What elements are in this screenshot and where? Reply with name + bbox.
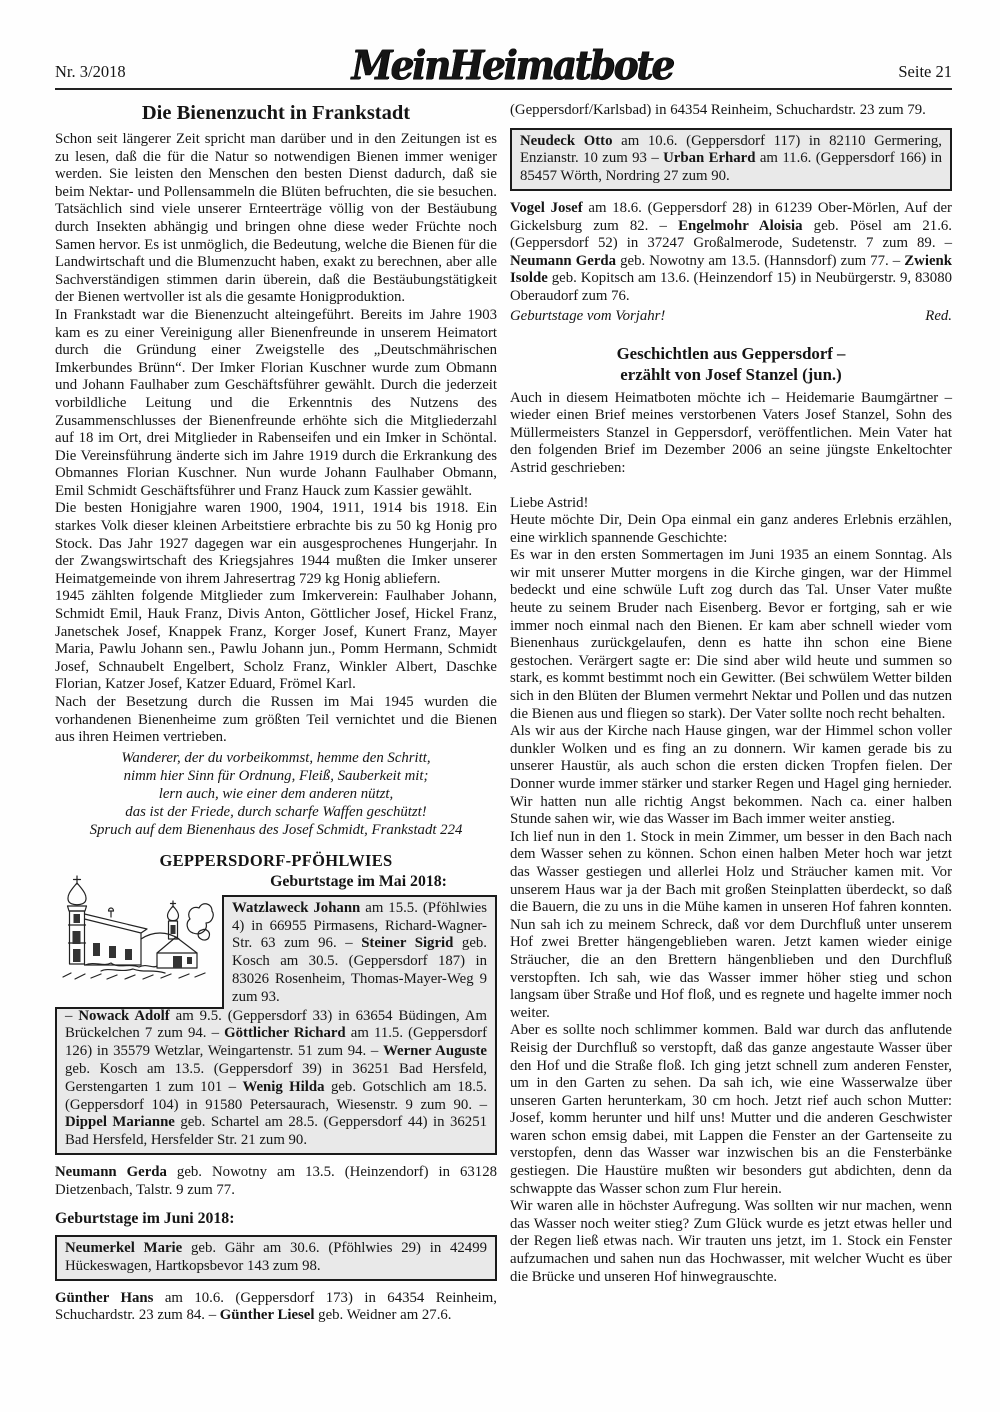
article-paragraph: In Frankstadt war die Bienenzucht altein… (55, 307, 497, 501)
june-birthdays-box-1: Neumerkel Marie geb. Gähr am 30.6. (Pföh… (55, 1235, 497, 1281)
page-number: Seite 21 (898, 62, 952, 84)
letter-salutation: Liebe Astrid! (510, 495, 952, 513)
right-column: (Geppersdorf/Karlsbad) in 64354 Reinheim… (510, 102, 952, 1325)
story-paragraph: Es war in den ersten Sommertagen im Juni… (510, 547, 952, 723)
page-header: Nr. 3/2018 MeinHeimatbote Seite 21 (55, 34, 952, 84)
poem-line: nimm hier Sinn für Ordnung, Fleiß, Saube… (55, 767, 497, 785)
story-title-line1: Geschichtlen aus Geppersdorf – (617, 344, 846, 363)
village-church-illustration (55, 873, 215, 985)
poem-line: das ist der Friede, durch scharfe Waffen… (55, 803, 497, 821)
article-paragraph: 1945 zählten folgende Mitglieder zum Imk… (55, 588, 497, 694)
article-title: Die Bienenzucht in Frankstadt (55, 102, 497, 125)
june-birthdays-box-2: Neudeck Otto am 10.6. (Geppersdorf 117) … (510, 128, 952, 191)
content-columns: Die Bienenzucht in Frankstadt Schon seit… (55, 102, 952, 1325)
bee-house-poem: Wanderer, der du vorbeikommst, hemme den… (55, 749, 497, 839)
june-birthdays-heading: Geburtstage im Juni 2018: (55, 1210, 497, 1228)
may-birthdays-block: Geburtstage im Mai 2018: Watzlaweck Joha… (55, 873, 497, 1155)
article-paragraph: Nach der Besetzung durch die Russen im M… (55, 694, 497, 747)
poem-line: Wanderer, der du vorbeikommst, hemme den… (55, 749, 497, 767)
june-birthdays-continued: (Geppersdorf/Karlsbad) in 64354 Reinheim… (510, 102, 952, 120)
story-paragraph: Wir waren alle in höchster Aufregung. Wa… (510, 1198, 952, 1286)
issue-number: Nr. 3/2018 (55, 62, 126, 84)
story-title-line2: erzählt von Josef Stanzel (jun.) (620, 365, 841, 384)
may-birthdays-box-top: Watzlaweck Johann am 15.5. (Pföhlwies 4)… (222, 895, 497, 1007)
masthead-logo: MeinHeimatbote (351, 46, 672, 86)
red-signature: Red. (925, 307, 952, 325)
story-paragraph: Heute möchte Dir, Dein Opa einmal ein ga… (510, 512, 952, 547)
newspaper-page: Nr. 3/2018 MeinHeimatbote Seite 21 Die B… (0, 0, 1000, 1412)
story-paragraph: Aber es sollte noch schlimmer kommen. Ba… (510, 1022, 952, 1198)
vorjahr-note: Geburtstage vom Vorjahr! (510, 307, 665, 325)
article-paragraph: Schon seit längerer Zeit spricht man dar… (55, 131, 497, 307)
story-title: Geschichtlen aus Geppersdorf – erzählt v… (510, 343, 952, 385)
story-intro: Auch in diesem Heimatboten möchte ich – … (510, 390, 952, 478)
poem-attribution: Spruch auf dem Bienenhaus des Josef Schm… (55, 821, 497, 839)
section-title-geppersdorf: GEPPERSDORF-PFÖHLWIES (55, 851, 497, 871)
story-paragraph: Als wir aus der Kirche nach Hause gingen… (510, 723, 952, 829)
editor-note-row: Geburtstage vom Vorjahr! Red. (510, 307, 952, 325)
may-birthdays-box-bottom: – Nowack Adolf am 9.5. (Geppersdorf 33) … (55, 1007, 497, 1155)
story-paragraph: Ich lief nun in den 1. Stock in mein Zim… (510, 829, 952, 1023)
june-birthdays-paragraph-2: Vogel Josef am 18.6. (Geppersdorf 28) in… (510, 200, 952, 306)
june-birthdays-paragraph: Günther Hans am 10.6. (Geppersdorf 173) … (55, 1290, 497, 1325)
neumann-note: Neumann Gerda geb. Nowotny am 13.5. (Hei… (55, 1164, 497, 1199)
church-drawing-svg (55, 873, 215, 985)
left-column: Die Bienenzucht in Frankstadt Schon seit… (55, 102, 497, 1325)
poem-line: lern auch, wie einer dem anderen nützt, (55, 785, 497, 803)
article-paragraph: Die besten Honigjahre waren 1900, 1904, … (55, 500, 497, 588)
